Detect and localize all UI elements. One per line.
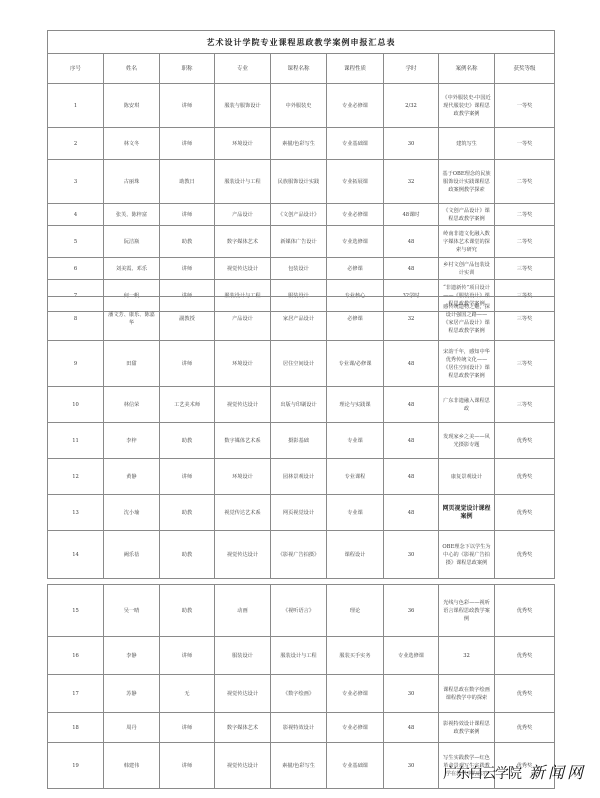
cell-name: 黄静 xyxy=(104,459,160,495)
cell-major: 数字媒体艺术 xyxy=(215,713,271,743)
cell-course: 摄影基础 xyxy=(271,423,327,459)
header-course: 课程名称 xyxy=(271,54,327,84)
cell-title: 讲师 xyxy=(160,713,215,743)
cell-title: 讲师 xyxy=(160,128,215,160)
cell-title: 助教 xyxy=(160,226,215,258)
table-row: 1陈安琪讲师服装与服饰设计中外服装史专业必修课2/32《中外服装史-中国近现代服… xyxy=(48,84,555,128)
cell-case: 影视特效设计课程思政教学案例 xyxy=(439,713,495,743)
table-row: 9田甜讲师环境设计居住空间设计专业课/必修课48宋韵千年，感知中华优秀传统文化—… xyxy=(48,341,555,387)
cell-course: 新媒体广告设计 xyxy=(271,226,327,258)
cell-award: 三等奖 xyxy=(495,258,555,280)
cell-course: 家居产品设计 xyxy=(271,297,327,341)
cell-award: 优秀奖 xyxy=(495,675,555,713)
cell-major: 视觉传达设计 xyxy=(215,531,271,579)
cell-index: 2 xyxy=(48,128,104,160)
cell-hours: 48 xyxy=(384,495,439,531)
header-title: 职称 xyxy=(160,54,215,84)
table-row: 12黄静讲师环境设计园林景观设计专业课程48康复景观设计优秀奖 xyxy=(48,459,555,495)
cell-index: 1 xyxy=(48,84,104,128)
cell-name: 林信荣 xyxy=(104,387,160,423)
cell-name: 沈小瑜 xyxy=(104,495,160,531)
header-case: 案例名称 xyxy=(439,54,495,84)
table-row: 5阮洁瓶助教数字媒体艺术新媒体广告设计专业选修课48岭南非遗文化融入数字媒体艺术… xyxy=(48,226,555,258)
cell-course: 《影视广告拍摄》 xyxy=(271,531,327,579)
cell-name: 李静 xyxy=(104,637,160,675)
cell-title: 讲师 xyxy=(160,637,215,675)
cell-course: 素描/色彩写生 xyxy=(271,743,327,789)
cell-index: 12 xyxy=(48,459,104,495)
cell-index: 10 xyxy=(48,387,104,423)
cell-major: 视觉传达设计 xyxy=(215,387,271,423)
cell-case: 广东非遗融入课程思政 xyxy=(439,387,495,423)
table-row: 18周丹讲师数字媒体艺术影视特效设计专业必修课48影视特效设计课程思政教学案例优… xyxy=(48,713,555,743)
cell-name: 田甜 xyxy=(104,341,160,387)
cell-title: 工艺美术师 xyxy=(160,387,215,423)
cell-index: 15 xyxy=(48,585,104,637)
cell-index: 6 xyxy=(48,258,104,280)
cell-case: 岭南非遗文化融入数字媒体艺术课堂的探索与研究 xyxy=(439,226,495,258)
summary-table-part-1: 艺术设计学院专业课程思政教学案例申报汇总表 序号 姓名 职称 专业 课程名称 课… xyxy=(47,30,555,312)
cell-title: 助教 xyxy=(160,423,215,459)
cell-hours: 2/32 xyxy=(384,84,439,128)
cell-course-type: 理论与实践课 xyxy=(327,387,384,423)
cell-title: 讲师 xyxy=(160,341,215,387)
cell-course-type: 专业基础课 xyxy=(327,128,384,160)
cell-course: 影视特效设计 xyxy=(271,713,327,743)
cell-title: 讲师 xyxy=(160,743,215,789)
cell-hours: 48课时 xyxy=(384,204,439,226)
cell-major: 数字媒体艺术 xyxy=(215,226,271,258)
cell-course: 《视听语言》 xyxy=(271,585,327,637)
cell-hours: 30 xyxy=(384,531,439,579)
cell-name: 张芙、陈梓富 xyxy=(104,204,160,226)
cell-index: 8 xyxy=(48,297,104,341)
cell-title: 助教日 xyxy=(160,160,215,204)
cell-hours: 48 xyxy=(384,258,439,280)
cell-hours: 36 xyxy=(384,585,439,637)
cell-case: 建筑写生 xyxy=(439,128,495,160)
cell-index: 13 xyxy=(48,495,104,531)
summary-table-part-2: 8潘文芳、康乐、陈嘉华副教授产品设计家居产品设计必修课32感传统造物之魅，探设计… xyxy=(47,296,555,579)
table-row: 16李静讲师服装设计服装设计与工程服装买手实务专业选修课32优秀奖 xyxy=(48,637,555,675)
cell-hours: 32 xyxy=(384,160,439,204)
cell-case: 课程思政在数字绘画课程教学中的探索 xyxy=(439,675,495,713)
cell-index: 18 xyxy=(48,713,104,743)
cell-case: 基于OBE理念的民族服饰设计实践课程思政案例教学探索 xyxy=(439,160,495,204)
cell-major: 产品设计 xyxy=(215,297,271,341)
cell-title: 助教 xyxy=(160,495,215,531)
cell-title: 讲师 xyxy=(160,459,215,495)
cell-award: 三等奖 xyxy=(495,341,555,387)
cell-name: 古丽珠 xyxy=(104,160,160,204)
cell-hours: 30 xyxy=(384,743,439,789)
cell-title: 无 xyxy=(160,675,215,713)
cell-case: 《文创产品设计》课程思政教学案例 xyxy=(439,204,495,226)
watermark-school: 广东白云学院 xyxy=(443,766,521,782)
cell-case: OBE理念下以学生为中心的《影视广告拍摄》课程思政案例 xyxy=(439,531,495,579)
cell-hours: 30 xyxy=(384,128,439,160)
cell-award: 三等奖 xyxy=(495,387,555,423)
cell-major: 动画 xyxy=(215,585,271,637)
cell-course: 网页视觉设计 xyxy=(271,495,327,531)
cell-course-type: 专业选修课 xyxy=(327,226,384,258)
cell-course-type: 专业课 xyxy=(327,423,384,459)
cell-case: 康复景观设计 xyxy=(439,459,495,495)
cell-course-type: 理论 xyxy=(327,585,384,637)
table-row: 11李梓助教数字媒体艺术系摄影基础专业课48发现家乡之美——风光摄影专题优秀奖 xyxy=(48,423,555,459)
cell-hours: 48 xyxy=(384,423,439,459)
table-row: 3古丽珠助教日服装设计与工程民族服饰设计实践专业拓展课32基于OBE理念的民族服… xyxy=(48,160,555,204)
cell-course-type: 专业必修课 xyxy=(327,84,384,128)
cell-award: 优秀奖 xyxy=(495,531,555,579)
table-row: 6刘美霞、邓乐讲师视觉传达设计包装设计必修课48乡村文创产品包装设计实训三等奖 xyxy=(48,258,555,280)
table-row: 13沈小瑜助教视觉传达艺术系网页视觉设计专业课48网页视觉设计课程案例优秀奖 xyxy=(48,495,555,531)
cell-course-type: 服装买手实务 xyxy=(327,637,384,675)
cell-index: 3 xyxy=(48,160,104,204)
cell-course-type: 必修课 xyxy=(327,297,384,341)
cell-title: 助教 xyxy=(160,531,215,579)
table-header-row: 序号 姓名 职称 专业 课程名称 课程性质 学时 案例名称 获奖等级 xyxy=(48,54,555,84)
cell-award: 优秀奖 xyxy=(495,495,555,531)
cell-course-type: 专业必修课 xyxy=(327,675,384,713)
cell-award: 二等奖 xyxy=(495,226,555,258)
cell-award: 优秀奖 xyxy=(495,637,555,675)
cell-course-type: 专业课/必修课 xyxy=(327,341,384,387)
table-row: 4张芙、陈梓富讲师产品设计《文创产品设计》专业必修课48课时《文创产品设计》课程… xyxy=(48,204,555,226)
cell-hours: 32 xyxy=(384,297,439,341)
cell-index: 17 xyxy=(48,675,104,713)
table-row: 15吴一晴助教动画《视听语言》理论36光线与色彩——视听语言课程思政教学案例优秀… xyxy=(48,585,555,637)
cell-hours: 48 xyxy=(384,387,439,423)
cell-title: 助教 xyxy=(160,585,215,637)
cell-award: 二等奖 xyxy=(495,160,555,204)
cell-name: 林文冬 xyxy=(104,128,160,160)
cell-award: 二等奖 xyxy=(495,204,555,226)
cell-major: 服装与服饰设计 xyxy=(215,84,271,128)
cell-major: 视觉传达艺术系 xyxy=(215,495,271,531)
cell-name: 吴一晴 xyxy=(104,585,160,637)
cell-name: 刘美霞、邓乐 xyxy=(104,258,160,280)
cell-hours: 48 xyxy=(384,459,439,495)
cell-award: 一等奖 xyxy=(495,84,555,128)
cell-hours: 48 xyxy=(384,713,439,743)
cell-name: 韩建伟 xyxy=(104,743,160,789)
cell-course: 出版与印刷设计 xyxy=(271,387,327,423)
cell-course-type: 专业必修课 xyxy=(327,204,384,226)
cell-award: 优秀奖 xyxy=(495,713,555,743)
cell-major: 产品设计 xyxy=(215,204,271,226)
table-row: 14阙乐蓓助教视觉传达设计《影视广告拍摄》课程设计30OBE理念下以学生为中心的… xyxy=(48,531,555,579)
cell-course: 《文创产品设计》 xyxy=(271,204,327,226)
cell-course: 中外服装史 xyxy=(271,84,327,128)
cell-major: 数字媒体艺术系 xyxy=(215,423,271,459)
header-course-type: 课程性质 xyxy=(327,54,384,84)
cell-name: 阮洁瓶 xyxy=(104,226,160,258)
cell-name: 陈安琪 xyxy=(104,84,160,128)
cell-major: 视觉传达设计 xyxy=(215,743,271,789)
cell-name: 李梓 xyxy=(104,423,160,459)
cell-hours: 专业选修课 xyxy=(384,637,439,675)
cell-index: 16 xyxy=(48,637,104,675)
cell-name: 苏静 xyxy=(104,675,160,713)
cell-course: 居住空间设计 xyxy=(271,341,327,387)
cell-title: 讲师 xyxy=(160,258,215,280)
header-index: 序号 xyxy=(48,54,104,84)
table-row: 10林信荣工艺美术师视觉传达设计出版与印刷设计理论与实践课48广东非遗融入课程思… xyxy=(48,387,555,423)
header-award: 获奖等级 xyxy=(495,54,555,84)
cell-award: 优秀奖 xyxy=(495,423,555,459)
cell-case: 光线与色彩——视听语言课程思政教学案例 xyxy=(439,585,495,637)
cell-course: 园林景观设计 xyxy=(271,459,327,495)
cell-index: 5 xyxy=(48,226,104,258)
cell-case: 网页视觉设计课程案例 xyxy=(439,495,495,531)
cell-award: 三等奖 xyxy=(495,297,555,341)
cell-major: 服装设计与工程 xyxy=(215,160,271,204)
cell-major: 环境设计 xyxy=(215,128,271,160)
cell-course-type: 专业必修课 xyxy=(327,713,384,743)
cell-case: 宋韵千年，感知中华优秀传统文化——《居住空间设计》课程思政教学案例 xyxy=(439,341,495,387)
cell-course-type: 专业课 xyxy=(327,495,384,531)
cell-course: 服装设计与工程 xyxy=(271,637,327,675)
cell-course-type: 必修课 xyxy=(327,258,384,280)
cell-name: 阙乐蓓 xyxy=(104,531,160,579)
cell-hours: 48 xyxy=(384,341,439,387)
cell-course-type: 专业拓展课 xyxy=(327,160,384,204)
cell-index: 11 xyxy=(48,423,104,459)
cell-hours: 48 xyxy=(384,226,439,258)
table-row: 17苏静无视觉传达设计《数字绘画》专业必修课30课程思政在数字绘画课程教学中的探… xyxy=(48,675,555,713)
header-name: 姓名 xyxy=(104,54,160,84)
cell-case: 感传统造物之魅，探设计强国之路——《家居产品设计》课程思政教学案例 xyxy=(439,297,495,341)
cell-major: 视觉传达设计 xyxy=(215,258,271,280)
cell-hours: 30 xyxy=(384,675,439,713)
cell-case: 乡村文创产品包装设计实训 xyxy=(439,258,495,280)
cell-award: 优秀奖 xyxy=(495,459,555,495)
cell-course: 包装设计 xyxy=(271,258,327,280)
cell-course: 素描/色彩写生 xyxy=(271,128,327,160)
cell-index: 4 xyxy=(48,204,104,226)
watermark: 广东白云学院新闻网 xyxy=(443,760,586,783)
cell-case: 《中外服装史-中国近现代服装史》课程思政教学案例 xyxy=(439,84,495,128)
summary-table-part-3: 15吴一晴助教动画《视听语言》理论36光线与色彩——视听语言课程思政教学案例优秀… xyxy=(47,584,555,789)
cell-title: 讲师 xyxy=(160,204,215,226)
cell-course: 《数字绘画》 xyxy=(271,675,327,713)
cell-major: 环境设计 xyxy=(215,459,271,495)
cell-major: 环境设计 xyxy=(215,341,271,387)
cell-title: 副教授 xyxy=(160,297,215,341)
cell-award: 一等奖 xyxy=(495,128,555,160)
cell-case: 发现家乡之美——风光摄影专题 xyxy=(439,423,495,459)
cell-course-type: 专业基础课 xyxy=(327,743,384,789)
cell-course-type: 专业课程 xyxy=(327,459,384,495)
cell-name: 周丹 xyxy=(104,713,160,743)
cell-name: 潘文芳、康乐、陈嘉华 xyxy=(104,297,160,341)
cell-index: 19 xyxy=(48,743,104,789)
cell-award: 优秀奖 xyxy=(495,585,555,637)
cell-index: 14 xyxy=(48,531,104,579)
cell-title: 讲师 xyxy=(160,84,215,128)
cell-course: 民族服饰设计实践 xyxy=(271,160,327,204)
header-major: 专业 xyxy=(215,54,271,84)
cell-case: 32 xyxy=(439,637,495,675)
cell-index: 9 xyxy=(48,341,104,387)
header-hours: 学时 xyxy=(384,54,439,84)
watermark-news: 新闻网 xyxy=(529,763,586,782)
cell-course-type: 课程设计 xyxy=(327,531,384,579)
table-row: 2林文冬讲师环境设计素描/色彩写生专业基础课30建筑写生一等奖 xyxy=(48,128,555,160)
table-row: 8潘文芳、康乐、陈嘉华副教授产品设计家居产品设计必修课32感传统造物之魅，探设计… xyxy=(48,297,555,341)
cell-major: 服装设计 xyxy=(215,637,271,675)
cell-major: 视觉传达设计 xyxy=(215,675,271,713)
table-title: 艺术设计学院专业课程思政教学案例申报汇总表 xyxy=(48,31,555,54)
